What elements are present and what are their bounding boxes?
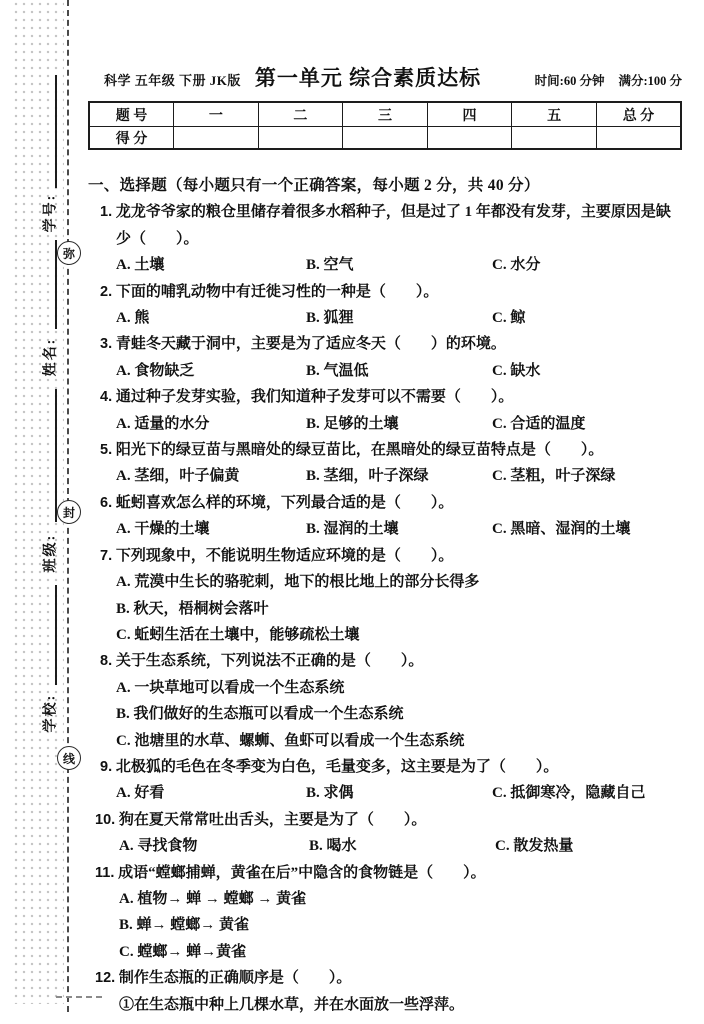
score-table-header-cell: 五 — [512, 102, 597, 127]
class-label-text: 班级: — [39, 534, 59, 573]
question-number: 5. — [100, 442, 112, 458]
school-blank-line — [55, 585, 57, 685]
score-empty-cell — [174, 127, 259, 150]
option-b: B. 蝉→ 螳螂→ 黄雀 — [119, 912, 682, 938]
question-stem: 阳光下的绿豆苗与黑暗处的绿豆苗比，在黑暗处的绿豆苗特点是（ ）。 — [116, 442, 604, 458]
school-label: 学校: — [33, 686, 65, 740]
option-b: B. 湿润的土壤 — [306, 516, 492, 542]
score-table-header-cell: 题 号 — [89, 102, 174, 127]
seal-char-xian: 线 — [57, 746, 81, 770]
question-stem: 北极狐的毛色在冬季变为白色，毛量变多，这主要是为了（ ）。 — [116, 759, 559, 775]
option-b: B. 我们做好的生态瓶可以看成一个生态系统 — [116, 701, 682, 727]
score-table-header-cell: 三 — [343, 102, 428, 127]
option-b: B. 狐狸 — [306, 305, 492, 331]
question-number: 2. — [100, 284, 112, 300]
question-sub-line: ①在生态瓶中种上几棵水草，并在水面放一些浮萍。 — [119, 992, 682, 1018]
question-12: 12. 制作生态瓶的正确顺序是（ ）。 ①在生态瓶中种上几棵水草，并在水面放一些… — [95, 965, 682, 1018]
student-number-label: 学号: — [33, 188, 65, 238]
full-score: 满分:100 分 — [618, 71, 682, 89]
question-stem: 下面的哺乳动物中有迁徙习性的一种是（ ）。 — [116, 284, 439, 300]
option-b: B. 茎细，叶子深绿 — [306, 463, 492, 489]
option-c: C. 水分 — [492, 252, 682, 278]
question-number: 12. — [95, 970, 115, 986]
question-5: 5. 阳光下的绿豆苗与黑暗处的绿豆苗比，在黑暗处的绿豆苗特点是（ ）。 A. 茎… — [100, 437, 682, 490]
edition-label: 科学 五年级 下册 JK版 — [104, 70, 241, 89]
option-c: C. 黑暗、湿润的土壤 — [492, 516, 682, 542]
student-number-blank-line — [55, 75, 57, 188]
option-c: C. 螳螂→ 蝉→黄雀 — [119, 939, 682, 965]
score-table-header-cell: 二 — [258, 102, 343, 127]
question-stem: 青蛙冬天藏于洞中，主要是为了适应冬天（ ）的环境。 — [116, 336, 506, 352]
option-c: C. 池塘里的水草、螺蛳、鱼虾可以看成一个生态系统 — [116, 728, 682, 754]
option-a: A. 适量的水分 — [116, 411, 306, 437]
question-10: 10. 狗在夏天常常吐出舌头，主要是为了（ ）。 A. 寻找食物 B. 喝水 C… — [95, 807, 682, 860]
paper-header: 科学 五年级 下册 JK版 第一单元 综合素质达标 时间:60 分钟 满分:10… — [88, 62, 682, 92]
option-b: B. 求偶 — [306, 780, 492, 806]
option-a: A. 寻找食物 — [119, 833, 309, 859]
option-c: C. 缺水 — [492, 358, 682, 384]
question-number: 11. — [95, 865, 114, 881]
option-b: B. 足够的土壤 — [306, 411, 492, 437]
question-number: 4. — [100, 389, 112, 405]
question-number: 3. — [100, 336, 112, 352]
header-meta: 时间:60 分钟 满分:100 分 — [535, 71, 682, 89]
question-stem: 关于生态系统，下列说法不正确的是（ ）。 — [116, 653, 424, 669]
time-limit: 时间:60 分钟 — [535, 71, 605, 89]
question-3: 3. 青蛙冬天藏于洞中，主要是为了适应冬天（ ）的环境。 A. 食物缺乏 B. … — [100, 331, 682, 384]
option-a: A. 植物→ 蝉 → 螳螂 → 黄雀 — [119, 886, 682, 912]
name-label-text: 姓名: — [39, 338, 59, 377]
question-stem: 成语“螳螂捕蝉，黄雀在后”中隐含的食物链是（ ）。 — [118, 865, 486, 881]
option-a: A. 茎细，叶子偏黄 — [116, 463, 306, 489]
question-2: 2. 下面的哺乳动物中有迁徙习性的一种是（ ）。 A. 熊 B. 狐狸 C. 鲸 — [100, 279, 682, 332]
option-c: C. 抵御寒冷，隐藏自己 — [492, 780, 682, 806]
question-stem: 龙龙爷爷家的粮仓里储存着很多水稻种子，但是过了 1 年都没有发芽，主要原因是缺少… — [116, 204, 671, 246]
option-a: A. 食物缺乏 — [116, 358, 306, 384]
option-c: C. 合适的温度 — [492, 411, 682, 437]
name-label: 姓名: — [33, 329, 65, 385]
question-number: 9. — [100, 759, 112, 775]
question-number: 10. — [95, 812, 115, 828]
option-a: A. 土壤 — [116, 252, 306, 278]
score-table: 题 号 一 二 三 四 五 总 分 得 分 — [88, 101, 682, 150]
question-number: 6. — [100, 495, 112, 511]
paper-content: 科学 五年级 下册 JK版 第一单元 综合素质达标 时间:60 分钟 满分:10… — [88, 0, 682, 1018]
score-table-header-cell: 一 — [174, 102, 259, 127]
score-table-header-cell: 总 分 — [596, 102, 681, 127]
question-number: 8. — [100, 653, 112, 669]
school-label-text: 学校: — [39, 694, 59, 733]
question-9: 9. 北极狐的毛色在冬季变为白色，毛量变多，这主要是为了（ ）。 A. 好看 B… — [100, 754, 682, 807]
class-blank-line — [55, 389, 57, 522]
option-a: A. 干燥的土壤 — [116, 516, 306, 542]
question-stem: 制作生态瓶的正确顺序是（ ）。 — [119, 970, 352, 986]
score-table-header-cell: 四 — [427, 102, 512, 127]
option-c: C. 鲸 — [492, 305, 682, 331]
student-number-label-text: 学号: — [39, 194, 59, 233]
seal-char-feng: 封 — [57, 500, 81, 524]
score-table-header-row: 题 号 一 二 三 四 五 总 分 — [89, 102, 681, 127]
question-stem: 蚯蚓喜欢怎么样的环境，下列最合适的是（ ）。 — [116, 495, 454, 511]
seal-char-mi: 弥 — [57, 241, 81, 265]
score-table-score-row: 得 分 — [89, 127, 681, 150]
option-b: B. 秋天，梧桐树会落叶 — [116, 596, 682, 622]
question-7: 7. 下列现象中，不能说明生物适应环境的是（ ）。 A. 荒漠中生长的骆驼刺，地… — [100, 543, 682, 649]
question-stem: 狗在夏天常常吐出舌头，主要是为了（ ）。 — [119, 812, 427, 828]
question-1: 1. 龙龙爷爷家的粮仓里储存着很多水稻种子，但是过了 1 年都没有发芽，主要原因… — [100, 199, 682, 278]
option-a: A. 荒漠中生长的骆驼刺，地下的根比地上的部分长得多 — [116, 569, 682, 595]
question-11: 11. 成语“螳螂捕蝉，黄雀在后”中隐含的食物链是（ ）。 A. 植物→ 蝉 →… — [95, 860, 682, 966]
option-a: A. 一块草地可以看成一个生态系统 — [116, 675, 682, 701]
option-b: B. 喝水 — [309, 833, 495, 859]
question-8: 8. 关于生态系统，下列说法不正确的是（ ）。 A. 一块草地可以看成一个生态系… — [100, 648, 682, 754]
paper-title: 第一单元 综合素质达标 — [255, 62, 481, 92]
option-b: B. 空气 — [306, 252, 492, 278]
score-empty-cell — [596, 127, 681, 150]
score-empty-cell — [512, 127, 597, 150]
section-heading: 一、选择题（每小题只有一个正确答案，每小题 2 分，共 40 分） — [88, 173, 682, 199]
question-stem: 下列现象中，不能说明生物适应环境的是（ ）。 — [116, 548, 454, 564]
option-c: C. 茎粗，叶子深绿 — [492, 463, 682, 489]
question-number: 1. — [100, 204, 112, 220]
score-empty-cell — [427, 127, 512, 150]
option-c: C. 蚯蚓生活在土壤中，能够疏松土壤 — [116, 622, 682, 648]
option-a: A. 好看 — [116, 780, 306, 806]
option-c: C. 散发热量 — [495, 833, 682, 859]
score-empty-cell — [258, 127, 343, 150]
question-stem: 通过种子发芽实验，我们知道种子发芽可以不需要（ ）。 — [116, 389, 514, 405]
option-b: B. 气温低 — [306, 358, 492, 384]
question-number: 7. — [100, 548, 112, 564]
exam-paper-page: 学号: 姓名: 班级: 学校: 弥 封 线 科学 五年级 下册 JK版 第一单元… — [0, 0, 704, 1024]
question-6: 6. 蚯蚓喜欢怎么样的环境，下列最合适的是（ ）。 A. 干燥的土壤 B. 湿润… — [100, 490, 682, 543]
score-row-label: 得 分 — [89, 127, 174, 150]
question-4: 4. 通过种子发芽实验，我们知道种子发芽可以不需要（ ）。 A. 适量的水分 B… — [100, 384, 682, 437]
score-empty-cell — [343, 127, 428, 150]
option-a: A. 熊 — [116, 305, 306, 331]
class-label: 班级: — [33, 524, 65, 582]
